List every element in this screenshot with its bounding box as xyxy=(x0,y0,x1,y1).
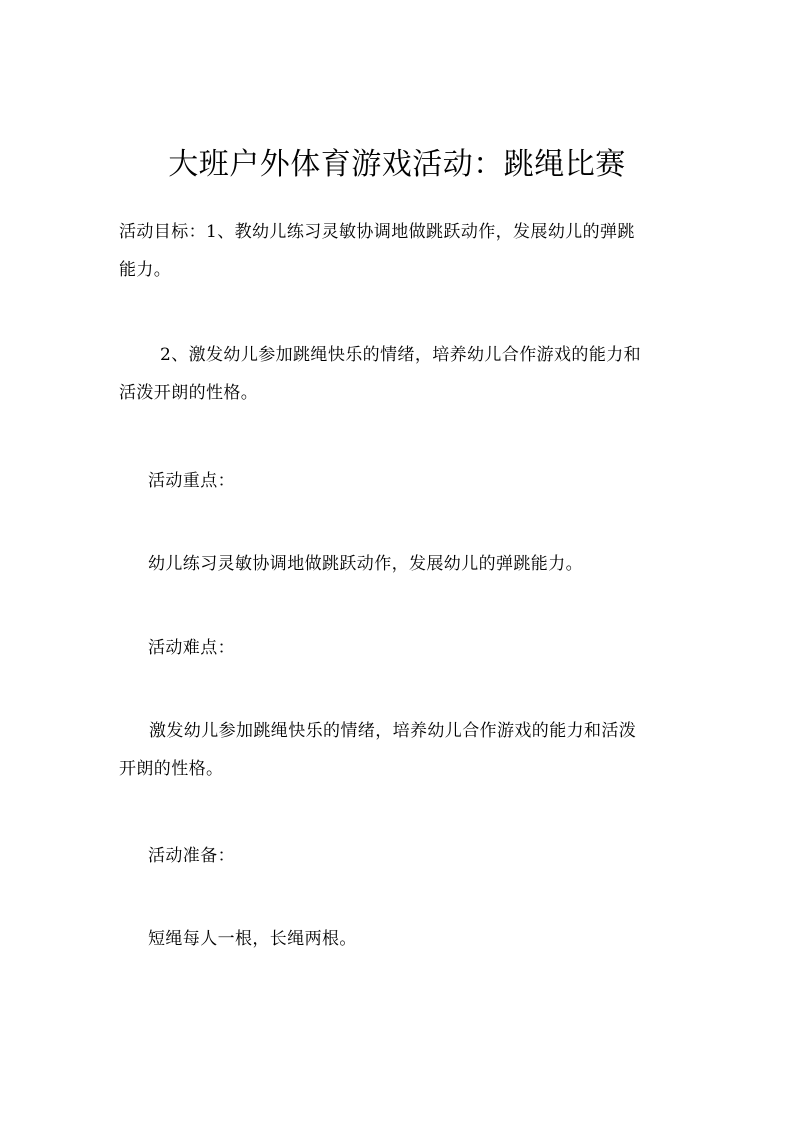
key-points-heading: 活动重点： xyxy=(148,463,708,499)
preparation-text: 短绳每人一根，长绳两根。 xyxy=(148,921,708,957)
difficulties-heading: 活动难点： xyxy=(148,630,708,666)
difficulties-line-1: 激发幼儿参加跳绳快乐的情绪，培养幼儿合作游戏的能力和活泼 xyxy=(119,713,679,749)
activity-goal-2-paragraph: 2、激发幼儿参加跳绳快乐的情绪，培养幼儿合作游戏的能力和 活泼开朗的性格。 xyxy=(119,337,679,411)
difficulties-line-2: 开朗的性格。 xyxy=(119,751,679,787)
goal2-line-1: 2、激发幼儿参加跳绳快乐的情绪，培养幼儿合作游戏的能力和 xyxy=(119,337,679,373)
document-page: 大班户外体育游戏活动：跳绳比赛 活动目标：1、教幼儿练习灵敏协调地做跳跃动作，发… xyxy=(0,0,794,1123)
document-title: 大班户外体育游戏活动：跳绳比赛 xyxy=(0,143,794,187)
key-points-text: 幼儿练习灵敏协调地做跳跃动作，发展幼儿的弹跳能力。 xyxy=(148,546,708,582)
activity-goal-paragraph: 活动目标：1、教幼儿练习灵敏协调地做跳跃动作，发展幼儿的弹跳 能力。 xyxy=(119,214,679,288)
goal-line-2: 能力。 xyxy=(119,252,679,288)
goal-line-1: 活动目标：1、教幼儿练习灵敏协调地做跳跃动作，发展幼儿的弹跳 xyxy=(119,214,679,250)
preparation-heading: 活动准备： xyxy=(148,838,708,874)
goal2-line-2: 活泼开朗的性格。 xyxy=(119,375,679,411)
difficulties-paragraph: 激发幼儿参加跳绳快乐的情绪，培养幼儿合作游戏的能力和活泼 开朗的性格。 xyxy=(119,713,679,787)
